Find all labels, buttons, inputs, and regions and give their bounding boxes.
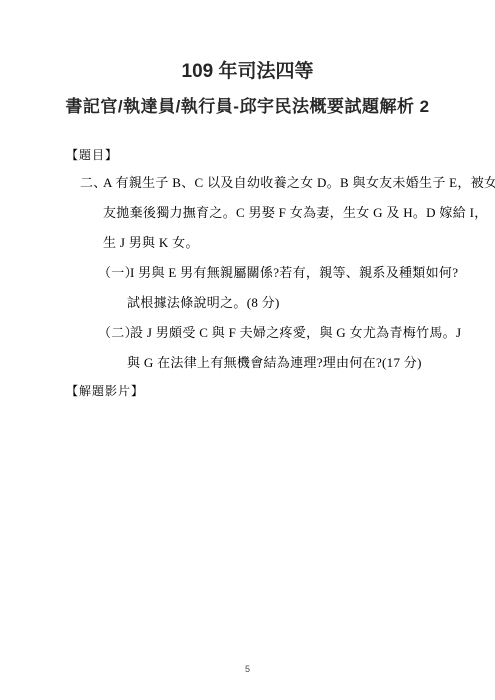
sub-question-1-line-2: 試根據法條說明之。(8 分) <box>127 288 445 318</box>
question-section-label: 【題目】 <box>66 146 495 164</box>
sub-question-2-line-1: （二）設 J 男頗受 C 與 F 夫婦之疼愛，與 G 女尤為青梅竹馬。J <box>98 318 445 348</box>
sub-question-2-marker: （二） <box>98 318 130 348</box>
document-title: 109 年司法四等 <box>0 61 495 83</box>
question-line-2: 友拋棄後獨力撫育之。C 男娶 F 女為妻，生女 G 及 H。D 嫁給 I， <box>103 198 445 228</box>
sub-question-2-line-1-text: 設 J 男頗受 C 與 F 夫婦之疼愛，與 G 女尤為青梅竹馬。J <box>130 325 461 340</box>
document-subtitle: 書記官/執達員/執行員-邱宇民法概要試題解析 2 <box>0 96 495 117</box>
question-line-1: 二、A 有親生子 B、C 以及自幼收養之女 D。B 與女友未婚生子 E，被女 <box>80 168 445 198</box>
question-block: 二、A 有親生子 B、C 以及自幼收養之女 D。B 與女友未婚生子 E，被女 友… <box>80 168 445 378</box>
question-line-1-text: A 有親生子 B、C 以及自幼收養之女 D。B 與女友未婚生子 E，被女 <box>103 175 495 190</box>
sub-question-1-line-1-text: I 男與 E 男有無親屬關係?若有，親等、親系及種類如何? <box>130 265 458 280</box>
sub-question-1-line-1: （一）I 男與 E 男有無親屬關係?若有，親等、親系及種類如何? <box>98 258 445 288</box>
question-number-marker: 二、 <box>80 168 103 198</box>
document-page: 109 年司法四等 書記官/執達員/執行員-邱宇民法概要試題解析 2 【題目】 … <box>0 0 495 700</box>
video-section-label: 【解題影片】 <box>66 382 495 400</box>
sub-question-2-line-2: 與 G 在法律上有無機會結為連理?理由何在?(17 分) <box>127 348 445 378</box>
question-line-3: 生 J 男與 K 女。 <box>103 228 445 258</box>
page-number: 5 <box>0 663 495 675</box>
sub-question-1-marker: （一） <box>98 258 130 288</box>
